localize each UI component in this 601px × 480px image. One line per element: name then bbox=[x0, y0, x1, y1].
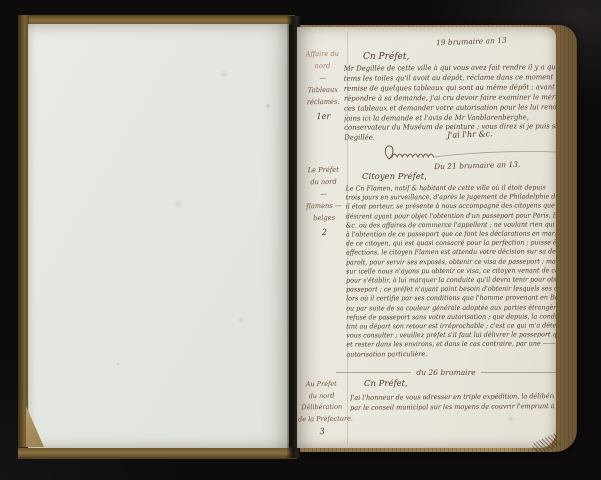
margin-line: du nord bbox=[298, 390, 346, 402]
margin-line: Le Préfet bbox=[301, 164, 345, 177]
entry3-line: par le conseil municipal sur les moyens … bbox=[350, 401, 544, 413]
entry1-signature: J'ai l'hr &c. bbox=[447, 129, 493, 140]
margin-line: — bbox=[302, 188, 346, 201]
entry1-number: 1er bbox=[301, 111, 345, 124]
margin-line: Au Préfet bbox=[297, 379, 345, 391]
margin-line: du nord bbox=[302, 176, 346, 189]
left-blank-page bbox=[28, 24, 289, 448]
separator-line bbox=[336, 372, 411, 373]
entry1-margin-note: Affaire du nord — Tableaux réclamés. 1er bbox=[300, 48, 347, 124]
margin-line: Tableaux bbox=[301, 84, 345, 97]
margin-line: Délibération bbox=[298, 402, 346, 414]
entry3-greeting: Cn Préfet, bbox=[364, 379, 408, 389]
margin-line: belges bbox=[302, 212, 346, 225]
entry2-line: autorisation particulière. bbox=[346, 349, 546, 359]
margin-line: flamens — bbox=[302, 200, 346, 213]
entry3-margin-note: Au Préfet du nord Délibération de la Pré… bbox=[297, 379, 348, 439]
entry2-margin-note: Le Préfet du nord — flamens — belges 2 bbox=[301, 164, 348, 240]
margin-line: de la Préfecture. bbox=[298, 413, 346, 425]
entry3-separator: du 26 brumaire bbox=[336, 368, 556, 377]
separator-line bbox=[481, 372, 556, 373]
entry3-number: 3 bbox=[298, 427, 346, 439]
entry2-body: Le Cn Flamen, natif & habitant de cette … bbox=[346, 183, 557, 359]
entry1-greeting: Cn Préfet, bbox=[363, 52, 409, 62]
margin-line: réclamés. bbox=[301, 96, 345, 109]
margin-line: nord bbox=[301, 60, 345, 73]
margin-line: Affaire du bbox=[300, 48, 344, 61]
entry3-body: J'ai l'honneur de vous adresser en tripl… bbox=[350, 391, 554, 413]
margin-line: — bbox=[301, 72, 345, 85]
left-cover-bottom-edge bbox=[18, 447, 297, 459]
entry3-date: du 26 brumaire bbox=[416, 368, 475, 377]
entry2-number: 2 bbox=[302, 227, 346, 240]
entry2-greeting: Citoyen Préfet, bbox=[362, 172, 427, 182]
